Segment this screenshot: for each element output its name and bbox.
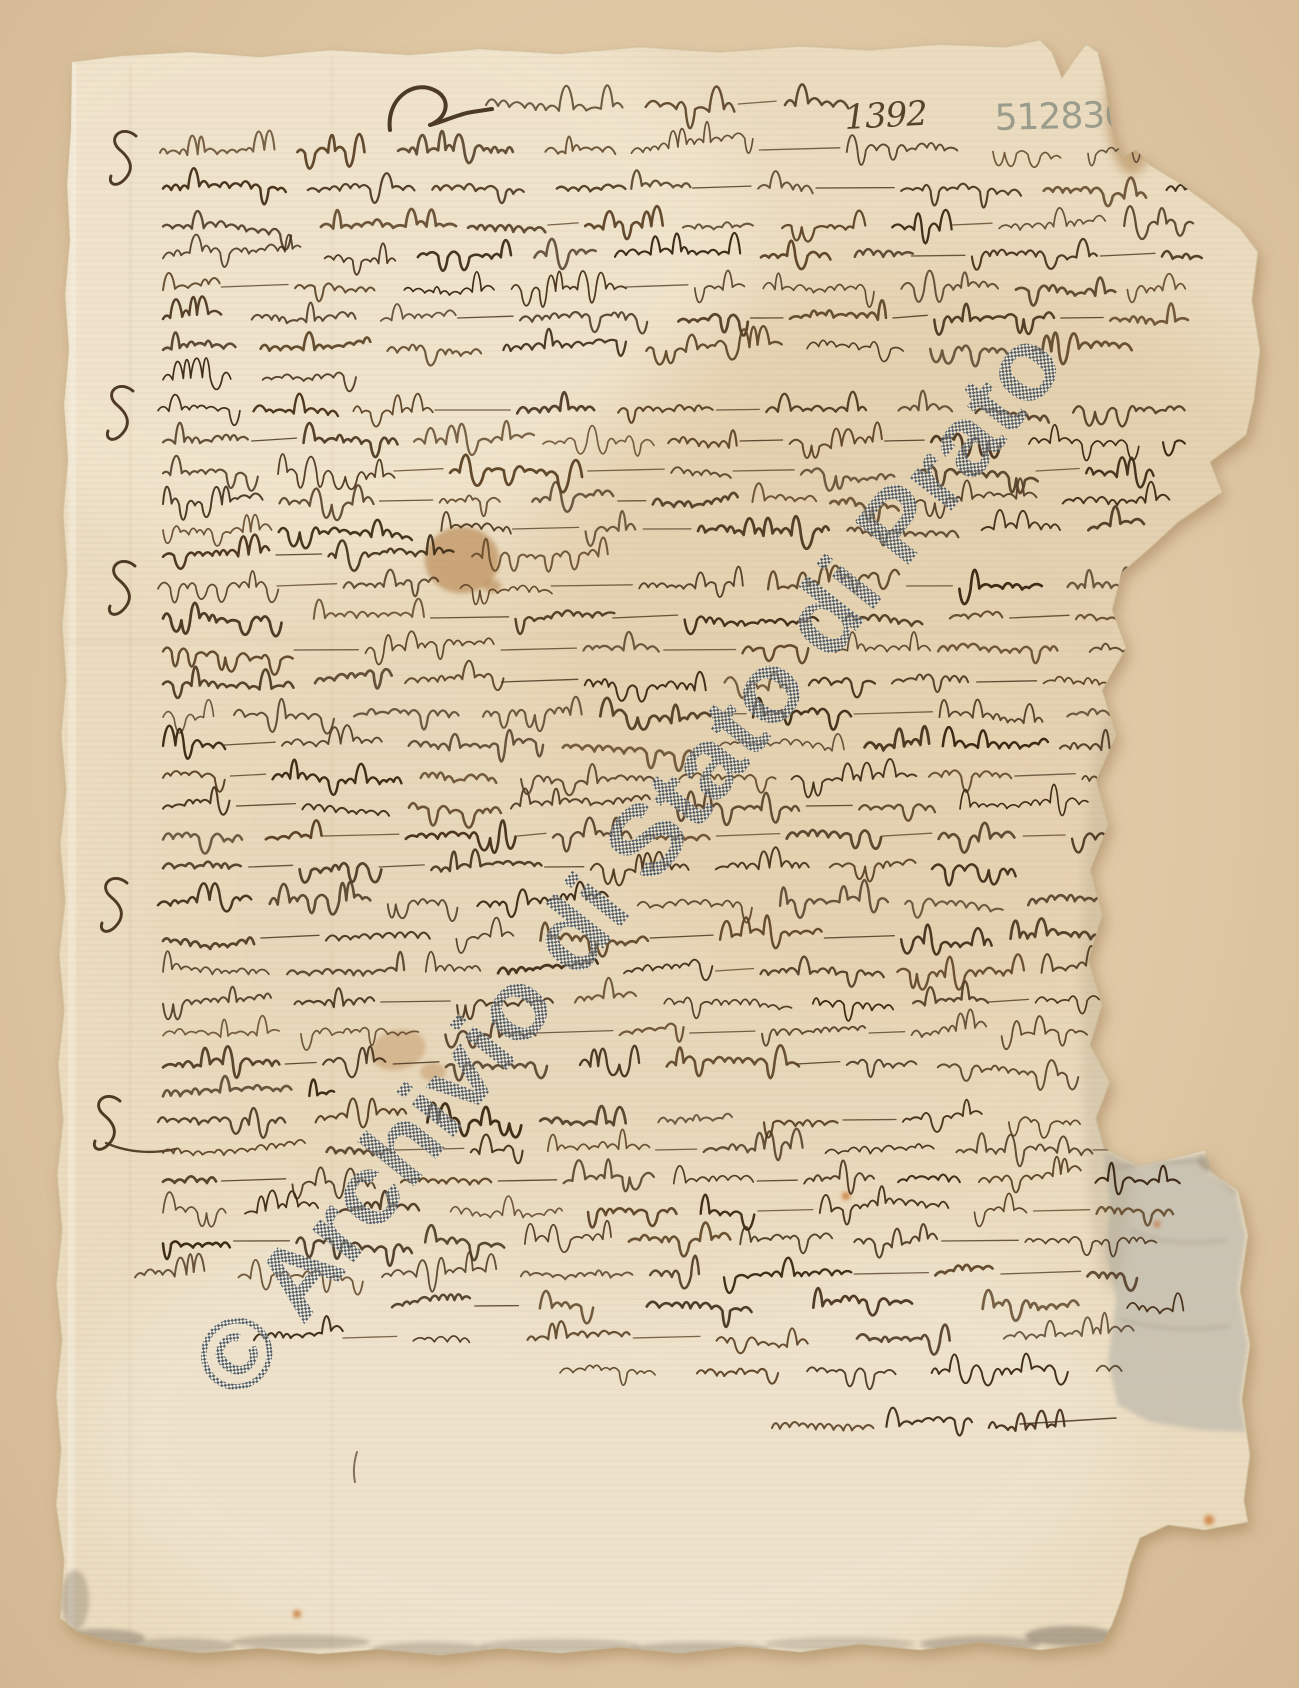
orange-fleck: [842, 1192, 850, 1200]
handwriting-stroke: [717, 409, 760, 410]
manuscript-scan: 1392 © Archivio di Stato di Prato 512836: [0, 0, 1299, 1688]
right-edge-grime: [1082, 710, 1138, 1290]
handwriting-stroke: [911, 255, 965, 256]
handwriting-stroke: [757, 1180, 797, 1181]
orange-fleck: [1204, 1515, 1214, 1525]
header-year: 1392: [843, 94, 928, 138]
archive-number: 512836: [994, 95, 1126, 139]
handwriting-stroke: [656, 1149, 697, 1150]
handwriting-stroke: [806, 805, 852, 806]
deckle-edge-left: [70, 62, 74, 1630]
orange-fleck: [1154, 1221, 1160, 1227]
handwriting-stroke: [1093, 1149, 1148, 1150]
scanned-letter-page: 1392 © Archivio di Stato di Prato 512836: [0, 0, 1299, 1688]
paper-surface: 1392 © Archivio di Stato di Prato 512836: [0, 0, 1299, 1688]
handwriting-stroke: [942, 1240, 1019, 1241]
handwriting-stroke: [1061, 318, 1103, 319]
handwriting-stroke: [843, 1120, 896, 1121]
orange-fleck: [293, 1610, 301, 1618]
